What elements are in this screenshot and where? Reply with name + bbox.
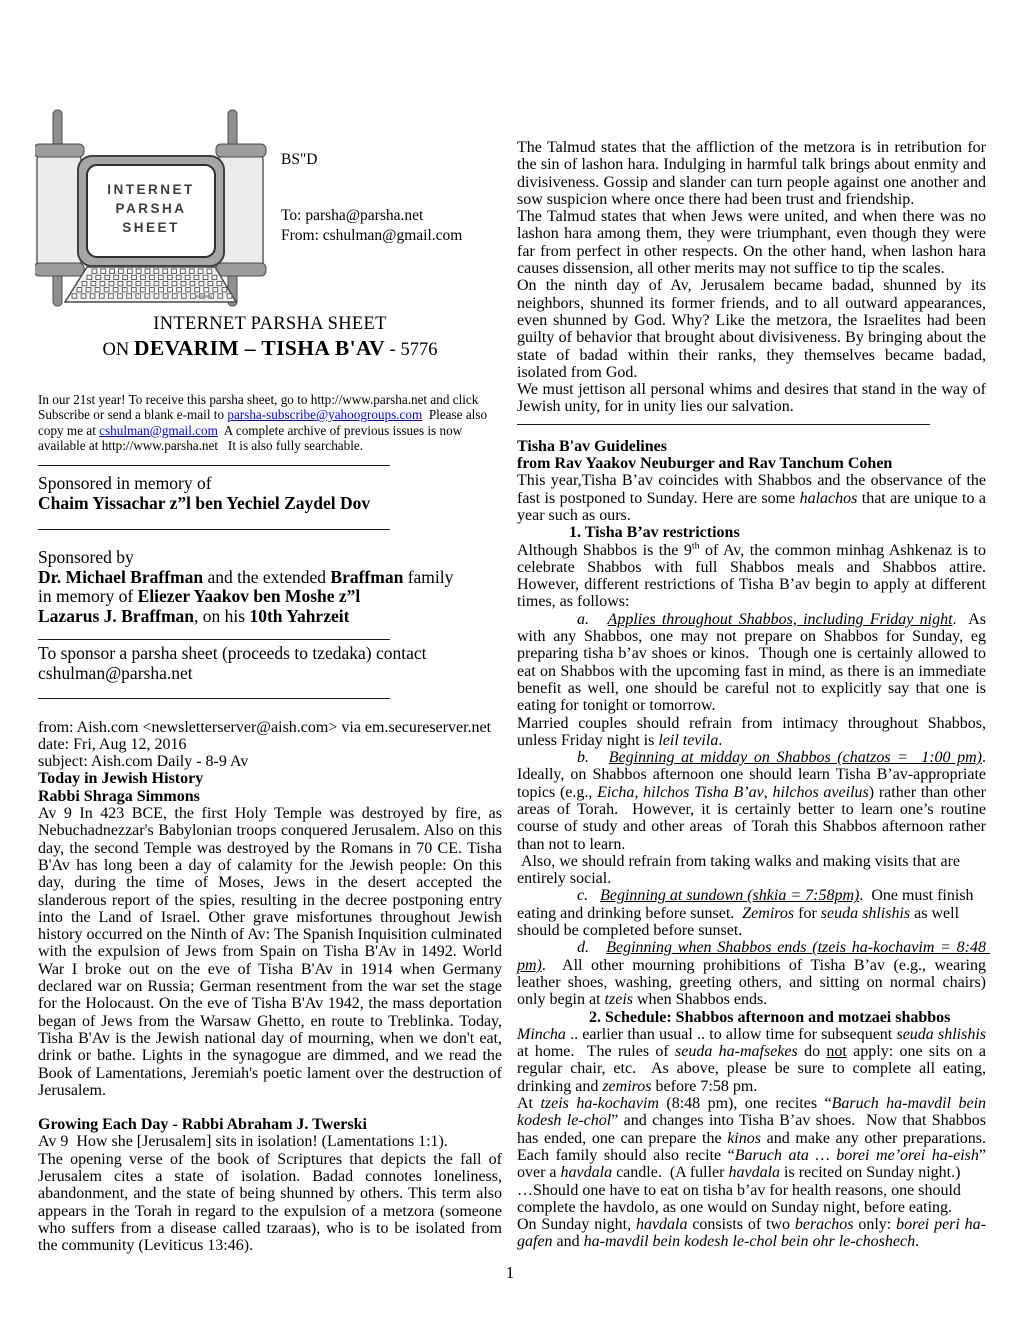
- text-run: for: [794, 905, 821, 922]
- bsd-text: BS"D: [281, 151, 317, 169]
- spacer: [38, 627, 502, 638]
- text-run: hilchos Tisha B’av: [643, 784, 764, 801]
- sponsor-line: in memory of Eliezer Yaakov ben Moshe z”…: [38, 587, 502, 607]
- text-run: and the extended: [203, 567, 330, 587]
- article-paragraph: Married couples should refrain from inti…: [517, 715, 986, 750]
- text-run: zemiros: [602, 1078, 651, 1095]
- email-link[interactable]: cshulman@gmail.com: [99, 423, 218, 438]
- text-run: 2. Schedule: Shabbos afternoon and motza…: [589, 1009, 950, 1026]
- text-run: We must jettison all personal whims and …: [517, 381, 990, 415]
- text-run: Sponsored by: [38, 547, 134, 567]
- lettered-item: d. Beginning when Shabbos ends (tzeis ha…: [517, 939, 986, 1008]
- text-run: The Talmud states that the affliction of…: [517, 139, 990, 208]
- text-run: not: [826, 1043, 846, 1060]
- spacer: [517, 416, 986, 423]
- sponsor-line: Sponsored in memory of: [38, 474, 502, 494]
- text-run: only:: [854, 1216, 897, 1233]
- numbered-heading: 2. Schedule: Shabbos afternoon and motza…: [517, 1009, 986, 1026]
- logo-word-internet: INTERNET: [107, 182, 195, 197]
- spacer: [38, 684, 502, 697]
- scroll-paper-left: [37, 156, 81, 268]
- email-meta-date: date: Fri, Aug 12, 2016: [38, 736, 502, 753]
- article-paragraph: At tzeis ha-kochavim (8:48 pm), one reci…: [517, 1095, 986, 1181]
- text-run: 10th Yahrzeit: [249, 606, 349, 626]
- scroll-cap: [216, 263, 266, 276]
- text-run: Braffman: [330, 567, 403, 587]
- article-paragraph: The Talmud states that when Jews were un…: [517, 208, 986, 277]
- spacer: [38, 453, 502, 464]
- text-run: The Talmud states that when Jews were un…: [517, 208, 990, 277]
- text-run: ha-mavdil bein kodesh le-chol bein ohr l…: [584, 1233, 915, 1250]
- article-paragraph: Although Shabbos is the 9th of Av, the c…: [517, 542, 986, 611]
- article-paragraph: On the ninth day of Av, Jerusalem became…: [517, 277, 986, 381]
- text-run: do: [798, 1043, 827, 1060]
- scroll-paper-right: [219, 156, 263, 268]
- article-author: Rabbi Shraga Simmons: [38, 788, 502, 805]
- sponsor-line: Sponsored by: [38, 548, 502, 568]
- text-run: and: [553, 1233, 584, 1250]
- sponsor-line: Dr. Michael Braffman and the extended Br…: [38, 568, 502, 588]
- text-run: At: [517, 1095, 540, 1112]
- article-paragraph: The opening verse of the book of Scriptu…: [38, 1151, 502, 1255]
- text-run: .. earlier than usual .. to allow time f…: [566, 1026, 897, 1043]
- text-run: is recited on Sunday night.): [780, 1164, 960, 1181]
- text-run: …Should one have to eat on tisha b’av fo…: [517, 1182, 965, 1216]
- text-run: Zemiros: [742, 905, 794, 922]
- logo-word-parsha: PARSHA: [115, 201, 186, 216]
- page-number: 1: [0, 1263, 1020, 1283]
- text-run: subject: Aish.com Daily - 8-9 Av: [38, 753, 248, 770]
- text-run: berachos: [795, 1216, 854, 1233]
- text-run: havdala: [636, 1216, 688, 1233]
- article-paragraph: Av 9 How she [Jerusalem] sits in isolati…: [38, 1133, 502, 1150]
- text-run: Sponsored in memory of: [38, 473, 212, 493]
- spacer: [38, 1099, 502, 1116]
- divider-rule: [38, 698, 390, 699]
- text-run: c.: [577, 887, 600, 904]
- logo-word-sheet: SHEET: [122, 220, 180, 235]
- text-run: tzeis ha-kochavim: [540, 1095, 659, 1112]
- text-run: in memory of: [38, 586, 138, 606]
- text-run: seuda shlishis: [821, 905, 910, 922]
- subtitle-parsha-name: DEVARIM – TISHA B'AV: [134, 336, 385, 360]
- lettered-item: b. Beginning at midday on Shabbos (chatz…: [517, 749, 986, 853]
- subtitle-year: - 5776: [385, 340, 437, 360]
- spacer: [517, 426, 986, 438]
- text-run: tzeis: [605, 991, 633, 1008]
- mail-header: To: parsha@parsha.net From: cshulman@gma…: [281, 206, 462, 245]
- text-run: Rabbi Shraga Simmons: [38, 788, 200, 805]
- text-run: Beginning at midday on Shabbos (chatzos …: [609, 749, 982, 766]
- article-paragraph: …Should one have to eat on tisha b’av fo…: [517, 1182, 986, 1217]
- sponsor-line: cshulman@parsha.net: [38, 664, 502, 684]
- article-paragraph: Also, we should refrain from taking walk…: [517, 853, 986, 888]
- subtitle-prefix: ON: [103, 340, 134, 360]
- text-run: On Sunday night,: [517, 1216, 636, 1233]
- article-paragraph: The Talmud states that the affliction of…: [517, 139, 986, 208]
- spacer: [38, 700, 502, 719]
- scroll-cap: [35, 263, 84, 276]
- text-run: Tisha B'av Guidelines: [517, 438, 667, 455]
- text-run: a.: [577, 611, 608, 628]
- text-run: .: [718, 732, 722, 749]
- text-run: Married couples should refrain from inti…: [517, 715, 990, 749]
- email-meta-from: from: Aish.com <newsletterserver@aish.co…: [38, 719, 502, 736]
- mail-to-line: To: parsha@parsha.net: [281, 206, 462, 226]
- section-heading: Tisha B'av Guidelines: [517, 438, 986, 455]
- scroll-cap: [35, 144, 84, 157]
- text-run: havdala: [561, 1164, 613, 1181]
- lettered-item: a. Applies throughout Shabbos, including…: [517, 611, 986, 715]
- right-column: The Talmud states that the affliction of…: [517, 139, 986, 1251]
- section-author: from Rav Yaakov Neuburger and Rav Tanchu…: [517, 455, 986, 472]
- text-run: Mincha: [517, 1026, 566, 1043]
- mail-from-line: From: cshulman@gmail.com: [281, 226, 462, 246]
- article-paragraph: On Sunday night, havdala consists of two…: [517, 1216, 986, 1251]
- text-run: kinos: [727, 1130, 761, 1147]
- text-run: Baruch ata … borei me’orei ha-eish: [735, 1147, 979, 1164]
- text-run: .: [915, 1233, 919, 1250]
- sponsor-line: To sponsor a parsha sheet (proceeds to t…: [38, 644, 502, 664]
- text-run: havdala: [728, 1164, 780, 1181]
- text-run: before 7:58 pm.: [652, 1078, 758, 1095]
- text-run: family: [403, 567, 453, 587]
- text-run: from: Aish.com <newsletterserver@aish.co…: [38, 719, 491, 736]
- divider-rule: [38, 465, 390, 466]
- text-run: Eicha: [597, 784, 634, 801]
- email-meta-subject: subject: Aish.com Daily - 8-9 Av: [38, 753, 502, 770]
- text-run: On the ninth day of Av, Jerusalem became…: [517, 277, 990, 380]
- sponsor-line: Lazarus J. Braffman, on his 10th Yahrzei…: [38, 607, 502, 627]
- text-run: To sponsor a parsha sheet (proceeds to t…: [38, 643, 426, 663]
- article-paragraph: We must jettison all personal whims and …: [517, 381, 986, 416]
- sponsor-line: Chaim Yissachar z”l ben Yechiel Zaydel D…: [38, 494, 502, 514]
- text-run: (8:48 pm), one recites “: [659, 1095, 832, 1112]
- text-run: date: Fri, Aug 12, 2016: [38, 736, 186, 753]
- text-run: Eliezer Yaakov ben Moshe z”l: [138, 586, 361, 606]
- text-run: consists of two: [688, 1216, 795, 1233]
- divider-rule: [517, 424, 930, 425]
- text-run: hilchos aveilus: [772, 784, 868, 801]
- text-run: Growing Each Day - Rabbi Abraham J. Twer…: [38, 1116, 367, 1133]
- article-paragraph: This year,Tisha B’av coincides with Shab…: [517, 472, 986, 524]
- text-run: Av 9 How she [Jerusalem] sits in isolati…: [38, 1133, 448, 1150]
- article-paragraph: Av 9 In 423 BCE, the first Holy Temple w…: [38, 805, 502, 1099]
- text-run: Lazarus J. Braffman: [38, 606, 194, 626]
- parsha-logo: INTERNET PARSHA SHEET: [35, 106, 267, 311]
- superscript-text: th: [692, 540, 700, 551]
- text-run: Av 9 In 423 BCE, the first Holy Temple w…: [38, 805, 506, 1099]
- text-run: halachos: [800, 490, 858, 507]
- text-run: Dr. Michael Braffman: [38, 567, 203, 587]
- text-run: Today in Jewish History: [38, 770, 203, 787]
- text-run: cshulman@parsha.net: [38, 663, 193, 683]
- document-page: INTERNET PARSHA SHEET BS"D To: parsha@pa…: [0, 0, 1020, 1320]
- text-run: Also, we should refrain from taking walk…: [517, 853, 964, 887]
- numbered-heading: 1. Tisha B’av restrictions: [517, 524, 986, 541]
- text-run: candle. (A fuller: [612, 1164, 728, 1181]
- text-run: Chaim Yissachar z”l ben Yechiel Zaydel D…: [38, 493, 370, 513]
- text-run: ,: [634, 784, 643, 801]
- article-heading: Growing Each Day - Rabbi Abraham J. Twer…: [38, 1116, 502, 1133]
- spacer: [38, 531, 502, 548]
- spacer: [38, 514, 502, 528]
- logo-signature: [195, 295, 212, 298]
- text-run: Applies throughout Shabbos, including Fr…: [608, 611, 953, 628]
- divider-rule: [38, 529, 390, 530]
- text-run: Although Shabbos is the 9: [517, 542, 692, 559]
- email-link[interactable]: parsha-subscribe@yahoogroups.com: [227, 407, 422, 422]
- text-run: b.: [577, 749, 609, 766]
- left-column: In our 21st year! To receive this parsha…: [38, 392, 502, 1254]
- newsletter-title: INTERNET PARSHA SHEET ON DEVARIM – TISHA…: [38, 314, 502, 361]
- divider-rule: [38, 639, 390, 640]
- scroll-cap: [216, 144, 266, 157]
- text-run: seuda ha-mafsekes: [675, 1043, 798, 1060]
- text-run: seuda shlishis: [896, 1026, 986, 1043]
- text-run: 1. Tisha B’av restrictions: [569, 524, 740, 541]
- text-run: leil tevila: [658, 732, 718, 749]
- text-run: , on his: [194, 606, 249, 626]
- title-line: INTERNET PARSHA SHEET: [38, 314, 502, 335]
- text-run: d.: [577, 939, 606, 956]
- text-run: from Rav Yaakov Neuburger and Rav Tanchu…: [517, 455, 892, 472]
- text-run: The opening verse of the book of Scriptu…: [38, 1151, 506, 1254]
- subscription-note: In our 21st year! To receive this parsha…: [38, 392, 502, 453]
- article-paragraph: Mincha .. earlier than usual .. to allow…: [517, 1026, 986, 1095]
- subtitle-line: ON DEVARIM – TISHA B'AV - 5776: [38, 336, 502, 361]
- article-heading: Today in Jewish History: [38, 770, 502, 787]
- lettered-item: c. Beginning at sundown (shkia = 7:58pm)…: [517, 887, 986, 939]
- text-run: Beginning at sundown (shkia = 7:58pm): [600, 887, 859, 904]
- text-run: when Shabbos ends.: [633, 991, 767, 1008]
